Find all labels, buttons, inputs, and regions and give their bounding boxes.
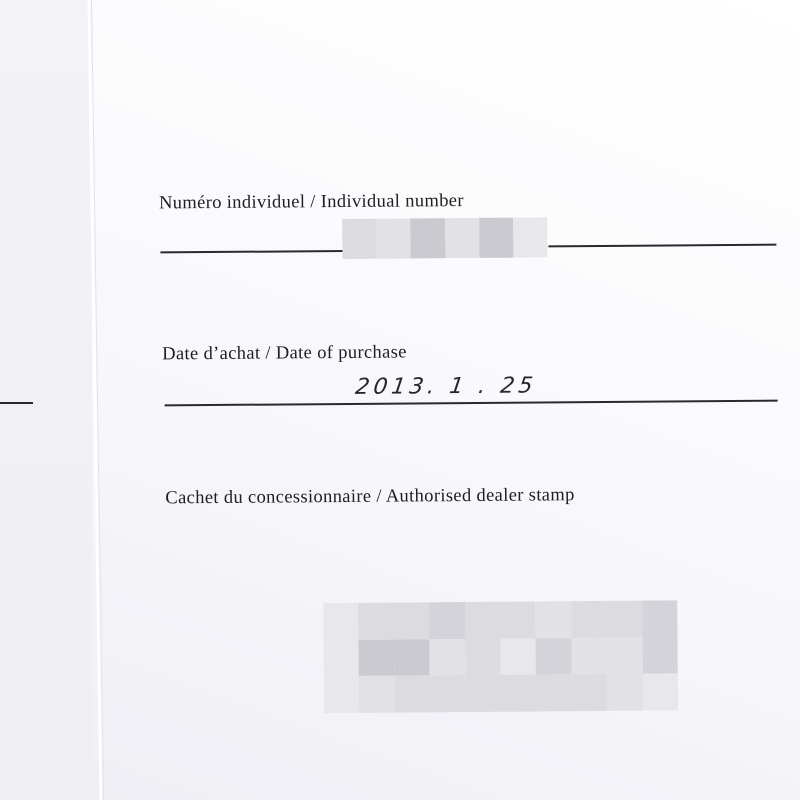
redaction-cell (500, 601, 536, 638)
redaction-cell (536, 675, 572, 712)
redaction-cell (445, 218, 479, 258)
redaction-cell (376, 218, 410, 258)
date-of-purchase-label: Date d’achat / Date of purchase (162, 342, 407, 365)
redaction-cell (642, 637, 678, 674)
dealer-stamp-label: Cachet du concessionnaire / Authorised d… (165, 485, 574, 509)
redaction-cell (430, 675, 466, 712)
individual-number-underline-right (548, 244, 776, 247)
date-of-purchase-underline (165, 400, 778, 406)
redaction-cell (642, 600, 678, 637)
redaction-cell (606, 601, 642, 638)
redaction-cell (465, 675, 501, 712)
redaction-cell (359, 603, 395, 640)
warranty-card-page: Numéro individuel / Individual number Da… (0, 0, 800, 800)
redaction-cell (465, 602, 501, 639)
redaction-cell (324, 676, 360, 713)
redaction-cell (642, 674, 678, 711)
redaction-cell (501, 675, 537, 712)
redaction-cell (359, 639, 395, 676)
redaction-cell (513, 217, 547, 257)
redaction-cell (429, 602, 465, 639)
redaction-cell (465, 638, 501, 675)
individual-number-redaction (342, 217, 547, 259)
dealer-stamp-redaction (323, 600, 678, 713)
individual-number-label: Numéro individuel / Individual number (159, 191, 464, 214)
redaction-cell (500, 638, 536, 675)
redaction-cell (607, 637, 643, 674)
redaction-cell (411, 218, 445, 258)
redaction-cell (323, 640, 359, 677)
redaction-cell (571, 638, 607, 675)
redaction-cell (536, 638, 572, 675)
redaction-cell (359, 676, 395, 713)
redaction-cell (607, 674, 643, 711)
redaction-cell (479, 218, 513, 258)
redaction-cell (571, 601, 607, 638)
redaction-cell (342, 219, 376, 259)
date-of-purchase-value: 2013. 1 . 25 (354, 373, 538, 399)
redaction-cell (394, 602, 430, 639)
redaction-cell (323, 603, 359, 640)
redaction-cell (536, 601, 572, 638)
redaction-cell (394, 639, 430, 676)
individual-number-underline-left (160, 250, 345, 253)
redaction-cell (572, 674, 608, 711)
redaction-cell (430, 639, 466, 676)
redaction-cell (395, 676, 431, 713)
